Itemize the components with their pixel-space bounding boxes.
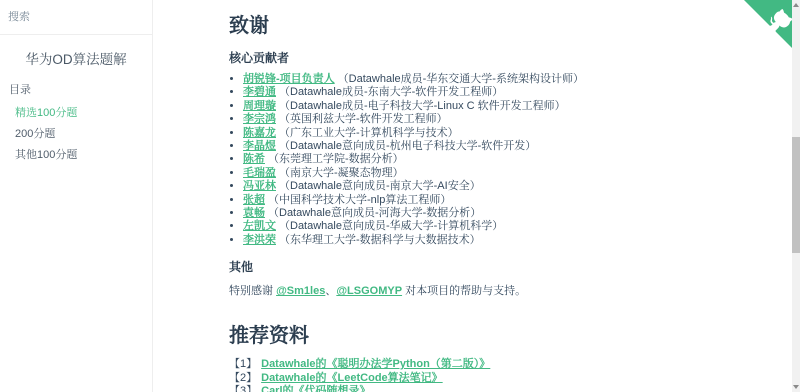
- sidebar-nav: 目录 精选100分题 200分题 其他100分题: [0, 76, 152, 165]
- contributor-link[interactable]: 袁畅: [243, 207, 265, 219]
- docsify-page: 华为OD算法题解 目录 精选100分题 200分题 其他100分题: [0, 0, 800, 392]
- scrollbar-down-icon[interactable]: [793, 385, 799, 389]
- search-input[interactable]: [8, 11, 142, 23]
- contributor-desc: （Datawhale成员-电子科技大学-Linux C 软件开发工程师）: [279, 100, 566, 112]
- core-contributors-heading: 核心贡献者: [229, 49, 792, 66]
- contributor-link[interactable]: 张超: [243, 194, 265, 206]
- contributor-desc: （英国利兹大学-软件开发工程师）: [279, 113, 448, 125]
- sidebar-item-link[interactable]: 精选100分题: [15, 107, 77, 119]
- contributor-link[interactable]: 陈希: [243, 153, 265, 165]
- other-heading: 其他: [229, 258, 792, 275]
- contributor-desc: （南京大学-凝聚态物理）: [279, 167, 404, 179]
- contributor-desc: （中国科学技术大学-nlp算法工程师）: [268, 194, 451, 206]
- contributor-desc: （Datawhale意向成员-华威大学-计算机科学）: [279, 220, 503, 232]
- contributor-link[interactable]: 李碧通: [243, 86, 276, 98]
- recommended-list: 【1】Datawhale的《聪明办法学Python（第二版）》 【2】Dataw…: [229, 358, 792, 392]
- contributor-desc: （Datawhale意向成员-南京大学-AI安全）: [279, 180, 481, 192]
- contributor-desc: （东华理工大学-数据科学与大数据技术）: [279, 234, 481, 246]
- contributor-desc: （东莞理工学院-数据分析）: [268, 153, 404, 165]
- recommended-item: 【2】Datawhale的《LeetCode算法笔记》: [229, 372, 792, 386]
- special-thanks: 特别感谢 @Sm1les、@LSGOMYP 对本项目的帮助与支持。: [229, 284, 792, 298]
- recommended-index: 【2】: [229, 372, 257, 384]
- contributor-desc: （Datawhale意向成员-杭州电子科技大学-软件开发）: [279, 140, 536, 152]
- scrollbar-thumb[interactable]: [792, 137, 800, 253]
- recommended-index: 【1】: [229, 358, 257, 370]
- contributor-list: 胡锐锋-项目负责人（Datawhale成员-华东交通大学-系统架构设计师） 李碧…: [229, 73, 792, 247]
- contributor-link[interactable]: 李晶煜: [243, 140, 276, 152]
- contributor-desc: （广东工业大学-计算机科学与技术）: [279, 127, 459, 139]
- contributor-link[interactable]: 李宗鸿: [243, 113, 276, 125]
- contributor-link[interactable]: 胡锐锋-项目负责人: [243, 73, 335, 85]
- contributor-link[interactable]: 毛瑞盈: [243, 167, 276, 179]
- contributor-item: 冯亚林（Datawhale意向成员-南京大学-AI安全）: [243, 180, 792, 193]
- contributor-item: 周理璇（Datawhale成员-电子科技大学-Linux C 软件开发工程师）: [243, 100, 792, 113]
- recommended-link[interactable]: Datawhale的《聪明办法学Python（第二版）》: [261, 358, 490, 370]
- sidebar-item-list: 精选100分题 200分题 其他100分题: [0, 102, 152, 165]
- thanks-separator: 、: [325, 285, 336, 297]
- sidebar-item-link[interactable]: 其他100分题: [15, 149, 77, 161]
- scrollbar-up-icon[interactable]: [793, 3, 799, 7]
- recommended-index: 【3】: [229, 385, 257, 392]
- contributor-desc: （Datawhale意向成员-河海大学-数据分析）: [268, 207, 481, 219]
- contributor-item: 李洪荣（东华理工大学-数据科学与大数据技术）: [243, 234, 792, 247]
- contributor-link[interactable]: 左凯文: [243, 220, 276, 232]
- contributor-item: 张超（中国科学技术大学-nlp算法工程师）: [243, 194, 792, 207]
- sidebar-item: 200分题: [15, 123, 152, 144]
- thanks-text-suffix: 对本项目的帮助与支持。: [402, 285, 526, 297]
- contributor-item: 胡锐锋-项目负责人（Datawhale成员-华东交通大学-系统架构设计师）: [243, 73, 792, 86]
- recommended-link[interactable]: Carl的《代码随想录》: [261, 385, 370, 392]
- contributor-desc: （Datawhale成员-华东交通大学-系统架构设计师）: [338, 73, 584, 85]
- search-box[interactable]: [0, 0, 152, 35]
- app-title[interactable]: 华为OD算法题解: [4, 48, 148, 68]
- contributor-item: 陈希（东莞理工学院-数据分析）: [243, 153, 792, 166]
- markdown-content: 致谢 核心贡献者 胡锐锋-项目负责人（Datawhale成员-华东交通大学-系统…: [154, 0, 792, 392]
- contributor-item: 李宗鸿（英国利兹大学-软件开发工程师）: [243, 113, 792, 126]
- contributor-link[interactable]: 陈嘉龙: [243, 127, 276, 139]
- contributor-item: 李碧通（Datawhale成员-东南大学-软件开发工程师）: [243, 86, 792, 99]
- thanks-text-prefix: 特别感谢: [229, 285, 276, 297]
- contributor-link[interactable]: 李洪荣: [243, 234, 276, 246]
- recommended-title: 推荐资料: [229, 324, 792, 348]
- recommended-item: 【1】Datawhale的《聪明办法学Python（第二版）》: [229, 358, 792, 372]
- sidebar: 华为OD算法题解 目录 精选100分题 200分题 其他100分题: [0, 0, 153, 392]
- sidebar-item: 精选100分题: [15, 102, 152, 123]
- acknowledgements-title: 致谢: [229, 14, 792, 38]
- contributor-link[interactable]: 冯亚林: [243, 180, 276, 192]
- recommended-link[interactable]: Datawhale的《LeetCode算法笔记》: [261, 372, 443, 384]
- contributor-link[interactable]: 周理璇: [243, 100, 276, 112]
- sidebar-item-link[interactable]: 200分题: [15, 128, 55, 140]
- contributor-desc: （Datawhale成员-东南大学-软件开发工程师）: [279, 86, 503, 98]
- contributor-item: 毛瑞盈（南京大学-凝聚态物理）: [243, 167, 792, 180]
- contributor-item: 李晶煜（Datawhale意向成员-杭州电子科技大学-软件开发）: [243, 140, 792, 153]
- contributor-item: 左凯文（Datawhale意向成员-华威大学-计算机科学）: [243, 220, 792, 233]
- contributor-item: 陈嘉龙（广东工业大学-计算机科学与技术）: [243, 127, 792, 140]
- thanks-link-lsgomyp[interactable]: @LSGOMYP: [336, 285, 402, 297]
- contributor-item: 袁畅（Datawhale意向成员-河海大学-数据分析）: [243, 207, 792, 220]
- sidebar-item-toc[interactable]: 目录: [0, 76, 152, 102]
- recommended-item: 【3】Carl的《代码随想录》: [229, 385, 792, 392]
- sidebar-item: 其他100分题: [15, 144, 152, 165]
- thanks-link-sm1les[interactable]: @Sm1les: [276, 285, 325, 297]
- scrollbar[interactable]: [792, 0, 800, 392]
